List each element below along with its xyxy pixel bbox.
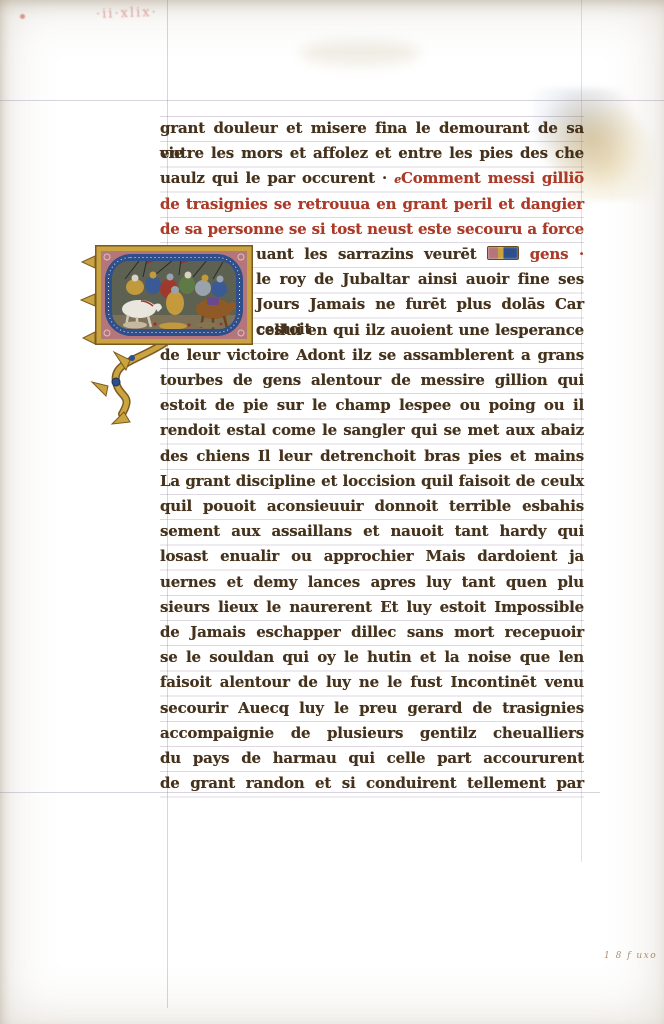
faded-folio-mark: ·ii·xlix·: [96, 5, 158, 22]
text-line: sement aux assaillans et nauoit tant har…: [160, 519, 584, 544]
text-line: faisoit alentour de luy ne le fust Incon…: [160, 670, 584, 695]
line-text: accompaignie de plusieurs gentilz cheual…: [160, 724, 584, 742]
text-line: accompaignie de plusieurs gentilz cheual…: [160, 721, 584, 746]
rubric-line: de trasignies se retrouua en grant peril…: [160, 192, 584, 217]
line-text: de grant randon et si conduirent telleme…: [160, 774, 584, 792]
text-line: grant douleur et misere fina le demouran…: [160, 116, 584, 141]
text-line: des chiens Il leur detrenchoit bras pies…: [160, 444, 584, 469]
rubric-text: Comment messi gillio̅: [401, 169, 584, 187]
line-text: uaulz qui le par occurent ·: [160, 169, 387, 187]
line-text: rendoit estal come le sangler qui se met…: [160, 421, 584, 439]
line-text: faisoit alentour de luy ne le fust Incon…: [160, 673, 584, 691]
text-line: estoit de pie sur le champ lespee ou poi…: [160, 393, 584, 418]
line-text: secourir Auecq luy le preu gerard de tra…: [160, 699, 584, 717]
ink-speck: [20, 14, 25, 19]
corner-inscription: 1 8 f uxo: [604, 951, 657, 961]
text-line: sieurs lieux le naurerent Et luy estoit …: [160, 595, 584, 620]
line-text: cellui en qui ilz auoient une lesperance: [256, 321, 584, 339]
rubric-text: gens ·: [530, 245, 584, 263]
line-text: du pays de harmau qui celle part accouru…: [160, 749, 584, 767]
line-text: de Jamais eschapper dillec sans mort rec…: [160, 623, 584, 641]
rubric-paraph: e: [394, 173, 401, 186]
text-line: de grant randon et si conduirent telleme…: [160, 771, 584, 796]
line-text: La grant discipline et loccision quil fa…: [160, 472, 584, 490]
text-line: Jours Jamais ne furēt plus dolās Car c…: [256, 292, 584, 317]
line-text: losast enualir ou approchier Mais dardoi…: [160, 547, 584, 565]
historiated-initial-q-miniature: [95, 245, 253, 345]
text-line: uant les sarrazins veurēt gens ·: [256, 242, 584, 267]
text-line: de leur victoire Adont ilz se assamblere…: [160, 343, 584, 368]
text-line: uaulz qui le par occurent · eComment mes…: [160, 166, 584, 191]
text-line: le roy de Jubaltar ainsi auoir fine ses: [256, 267, 584, 292]
text-line: losast enualir ou approchier Mais dardoi…: [160, 544, 584, 569]
text-line: uernes et demy lances apres luy tant que…: [160, 570, 584, 595]
line-filler-ornament: [487, 246, 519, 260]
ruling-line-horizontal-top: [0, 100, 664, 101]
text-line: tourbes de gens alentour de messire gill…: [160, 368, 584, 393]
text-line: rendoit estal come le sangler qui se met…: [160, 418, 584, 443]
text-line: entre les mors et affolez et entre les p…: [160, 141, 584, 166]
text-line: se le souldan qui oy le hutin et la nois…: [160, 645, 584, 670]
text-line: La grant discipline et loccision quil fa…: [160, 469, 584, 494]
line-text: de leur victoire Adont ilz se assamblere…: [160, 346, 584, 364]
rubric-text: de trasignies se retrouua en grant peril…: [160, 195, 584, 213]
text-line: du pays de harmau qui celle part accouru…: [160, 746, 584, 771]
line-text: estoit de pie sur le champ lespee ou poi…: [160, 396, 584, 414]
text-line: secourir Auecq luy le preu gerard de tra…: [160, 696, 584, 721]
line-text: quil pouoit aconsieuuir donnoit terrible…: [160, 497, 584, 515]
line-text: uernes et demy lances apres luy tant que…: [160, 573, 584, 591]
parchment-page: ·ii·xlix· 1 8 f uxo grant douleur et mis…: [0, 0, 664, 1024]
text-line: cellui en qui ilz auoient une lesperance: [256, 318, 584, 343]
line-text: des chiens Il leur detrenchoit bras pies…: [160, 447, 584, 465]
text-line: quil pouoit aconsieuuir donnoit terrible…: [160, 494, 584, 519]
line-text: entre les mors et affolez et entre les p…: [160, 144, 584, 162]
text-line: de Jamais eschapper dillec sans mort rec…: [160, 620, 584, 645]
line-text: uant les sarrazins veurēt: [256, 245, 476, 263]
line-text: se le souldan qui oy le hutin et la nois…: [160, 648, 584, 666]
line-text: tourbes de gens alentour de messire gill…: [160, 371, 584, 389]
line-text: sieurs lieux le naurerent Et luy estoit …: [160, 598, 584, 616]
line-text: sement aux assaillans et nauoit tant har…: [160, 522, 584, 540]
line-text: le roy de Jubaltar ainsi auoir fine ses: [256, 270, 584, 288]
parchment-stain: [300, 40, 420, 66]
rubric-line: de sa personne se si tost neust este sec…: [160, 217, 584, 242]
